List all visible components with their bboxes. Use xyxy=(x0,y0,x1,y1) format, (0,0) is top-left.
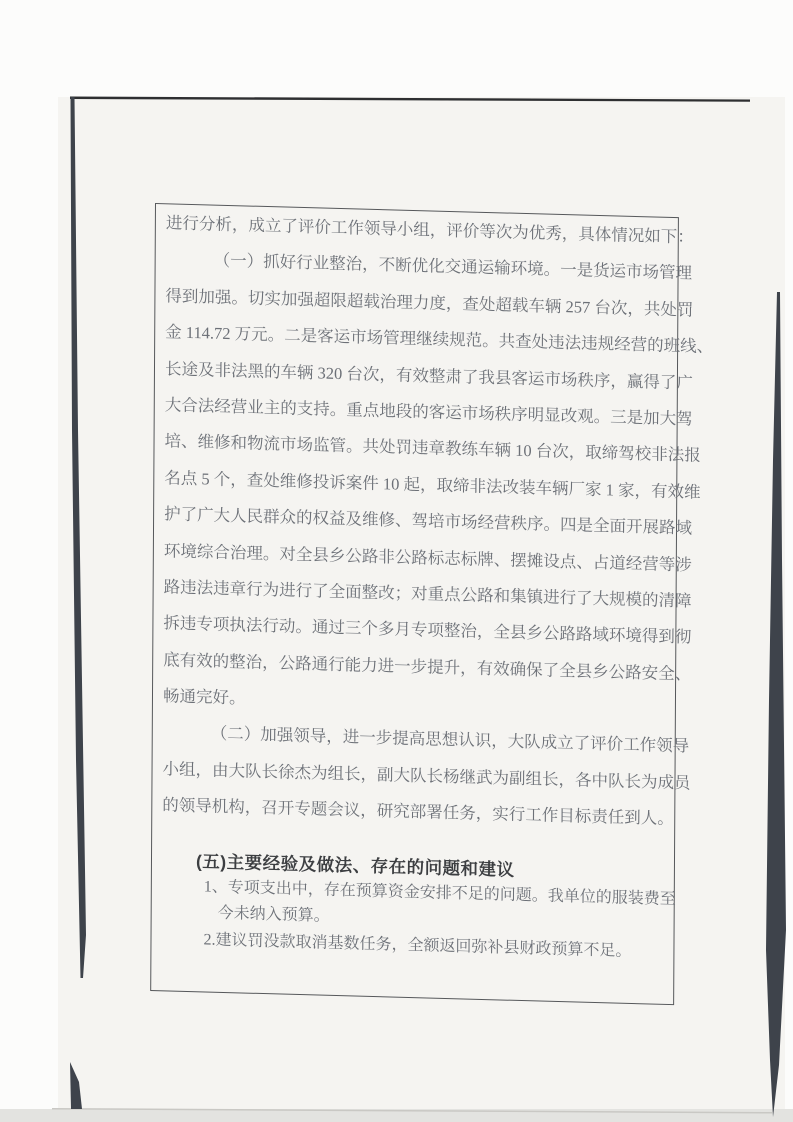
report-text-cell: 进行分析，成立了评价工作领导小组，评价等次为优秀，具体情况如下：（一）抓好行业整… xyxy=(150,203,679,1005)
scanned-page: 进行分析，成立了评价工作领导小组，评价等次为优秀，具体情况如下：（一）抓好行业整… xyxy=(0,0,793,1122)
section-five: (五)主要经验及做法、存在的问题和建议 1、专项支出中，存在预算资金安排不足的问… xyxy=(195,848,666,966)
section-items: 1、专项支出中，存在预算资金安排不足的问题。我单位的服装费至今未纳入预算。2.建… xyxy=(195,874,665,966)
report-body: 进行分析，成立了评价工作领导小组，评价等次为优秀，具体情况如下：（一）抓好行业整… xyxy=(162,205,670,837)
